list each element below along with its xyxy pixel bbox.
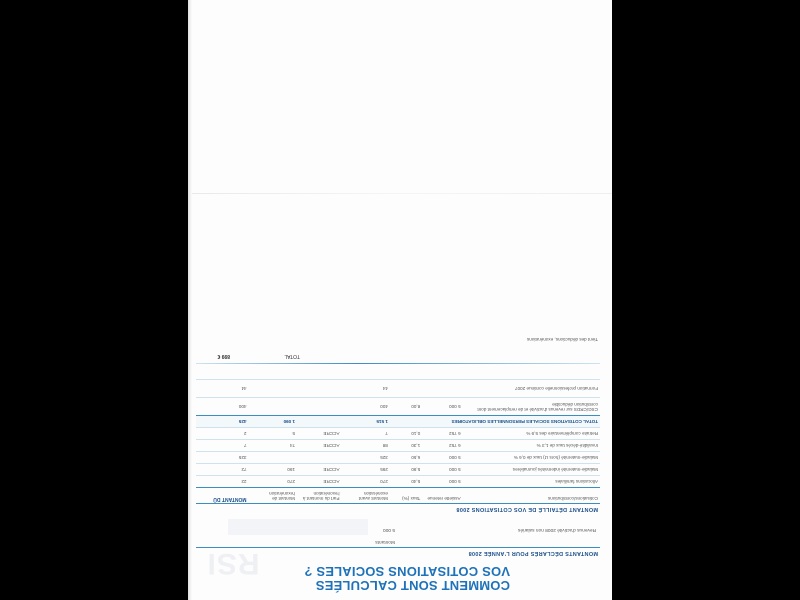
cell-contribution: CSG/CRDS sur revenus d'activité et de re…	[463, 398, 600, 416]
cell-exoneration	[249, 398, 297, 416]
faded-stamp	[228, 519, 368, 535]
declared-header-row: Montants	[196, 535, 600, 547]
detail-section: MONTANT DÉTAILLÉ DE VOS COTISATIONS 2008…	[196, 379, 600, 512]
detail-section-title: MONTANT DÉTAILLÉ DE VOS COTISATIONS 2008	[196, 506, 600, 512]
page-title: COMMENT SONT CALCULÉES VOS COTISATIONS S…	[270, 564, 510, 592]
cell-base	[422, 380, 462, 398]
cell-rate	[390, 380, 422, 398]
cell-before: 325	[341, 452, 389, 464]
cell-before: 88	[341, 440, 389, 452]
title-line-2: VOS COTISATIONS SOCIALES ?	[270, 564, 510, 578]
contributions-table: Cotisations/contributions Assiette reten…	[196, 379, 600, 504]
scanned-page: RSI COMMENT SONT CALCULÉES VOS COTISATIO…	[188, 0, 612, 600]
header-before: Montant avant exonération	[341, 488, 389, 504]
declared-section-title: MONTANTS DÉCLARÉS POUR L'ANNÉE 2008	[196, 550, 600, 556]
cell-base: 5 000	[422, 476, 462, 488]
cell-exoneration	[249, 380, 297, 398]
table-row: Retraite complémentaire des 5,9 %6 7520,…	[196, 428, 600, 440]
cell-total-due: 425	[196, 416, 249, 428]
table-header-row: Cotisations/contributions Assiette reten…	[196, 488, 600, 504]
cell-total-before: 1 515	[341, 416, 389, 428]
cell-total-label: TOTAL COTISATIONS SOCIALES PERSONNELLES …	[390, 416, 600, 428]
footnote: Tient des déductions, exonérations	[527, 337, 598, 342]
header-rate: Taux (%)	[390, 488, 422, 504]
header-contribution: Cotisations/contributions	[463, 488, 600, 504]
cell-contribution: Maladie-maternité (hors IJ) taux de 0,6 …	[463, 452, 600, 464]
grand-total: TOTAL 899 €	[196, 352, 600, 364]
cell-before: 270	[341, 476, 389, 488]
cell-due: 22	[196, 476, 249, 488]
total-row: TOTAL COTISATIONS SOCIALES PERSONNELLES …	[196, 416, 600, 428]
declared-column-header: Montants	[375, 539, 395, 544]
grand-total-label: TOTAL	[284, 353, 300, 359]
cell-due: 7	[196, 440, 249, 452]
cell-part: ACCRE	[297, 476, 341, 488]
cell-contribution: Maladie-maternité indemnités journalière…	[463, 464, 600, 476]
cell-exoneration: 5	[249, 428, 297, 440]
cell-before: 7	[341, 428, 389, 440]
cell-rate: 6,50	[390, 452, 422, 464]
grand-total-value: 899 €	[217, 353, 230, 359]
cell-before: 400	[341, 398, 389, 416]
cell-exoneration: 270	[249, 476, 297, 488]
cell-rate: 5,90	[390, 464, 422, 476]
section-divider	[196, 547, 600, 548]
table-row: Maladie-maternité (hors IJ) taux de 0,6 …	[196, 452, 600, 464]
cell-base: 5 000	[422, 464, 462, 476]
cell-due: 325	[196, 452, 249, 464]
cell-before: 44	[341, 380, 389, 398]
cell-part: ACCRE	[297, 464, 341, 476]
cell-due: 2	[196, 428, 249, 440]
cell-contribution: Formation professionnelle continue 2007	[463, 380, 600, 398]
cell-rate: 5,40	[390, 476, 422, 488]
cell-part	[297, 452, 341, 464]
cell-base: 5 000	[422, 452, 462, 464]
cell-base: 6 752	[422, 440, 462, 452]
cell-due: 400	[196, 398, 249, 416]
cell-part: ACCRE	[297, 428, 341, 440]
declared-value: 5 000	[383, 527, 395, 532]
cell-contribution: Allocations familiales	[463, 476, 600, 488]
cell-base: 6 752	[422, 428, 462, 440]
header-exoneration: Montant de l'exonération	[249, 488, 297, 504]
title-line-1: COMMENT SONT CALCULÉES	[270, 578, 510, 592]
cell-part	[297, 398, 341, 416]
cell-base: 5 000	[422, 398, 462, 416]
rotated-content: RSI COMMENT SONT CALCULÉES VOS COTISATIO…	[188, 296, 612, 600]
table-row: Allocations familiales5 0005,40270ACCRE2…	[196, 476, 600, 488]
header-base: Assiette retenue	[422, 488, 462, 504]
table-row: Formation professionnelle continue 20074…	[196, 380, 600, 398]
cell-contribution: Invalidité-décès taux de 1,3 %	[463, 440, 600, 452]
cell-exoneration: 190	[249, 464, 297, 476]
cell-exoneration	[249, 452, 297, 464]
cell-part	[297, 380, 341, 398]
cell-part: ACCRE	[297, 440, 341, 452]
cell-due: 72	[196, 464, 249, 476]
declared-row: Revenus d'activité 2008 non salariés 5 0…	[196, 523, 600, 535]
header-part: Part du montant à l'exonération	[297, 488, 341, 504]
header-due: MONTANT DÛ	[196, 488, 249, 504]
cell-due: 44	[196, 380, 249, 398]
cell-rate: 1,30	[390, 440, 422, 452]
total-divider	[196, 363, 600, 364]
cell-total-exoneration: 1 090	[249, 416, 297, 428]
cell-empty	[297, 416, 341, 428]
cell-rate: 0,10	[390, 428, 422, 440]
table-row: CSG/CRDS sur revenus d'activité et de re…	[196, 398, 600, 416]
cell-exoneration: 74	[249, 440, 297, 452]
cell-rate: 8,00	[390, 398, 422, 416]
cell-before: 295	[341, 464, 389, 476]
cell-contribution: Retraite complémentaire des 5,9 %	[463, 428, 600, 440]
table-row: Invalidité-décès taux de 1,3 %6 7521,308…	[196, 440, 600, 452]
declared-section: MONTANTS DÉCLARÉS POUR L'ANNÉE 2008 Mont…	[196, 523, 600, 556]
declared-label: Revenus d'activité 2008 non salariés	[518, 527, 596, 532]
table-row: Maladie-maternité indemnités journalière…	[196, 464, 600, 476]
